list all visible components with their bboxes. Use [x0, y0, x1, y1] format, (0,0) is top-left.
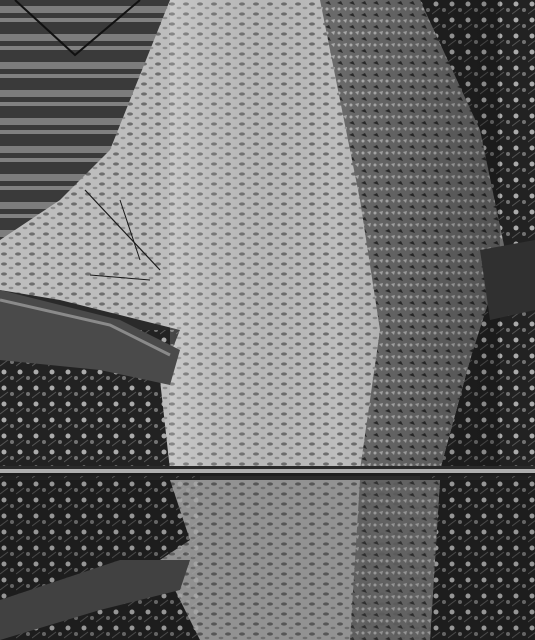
tree-reflection-photo: Black and white photograph of a large te… — [0, 0, 535, 640]
photo-rendering — [0, 0, 535, 640]
